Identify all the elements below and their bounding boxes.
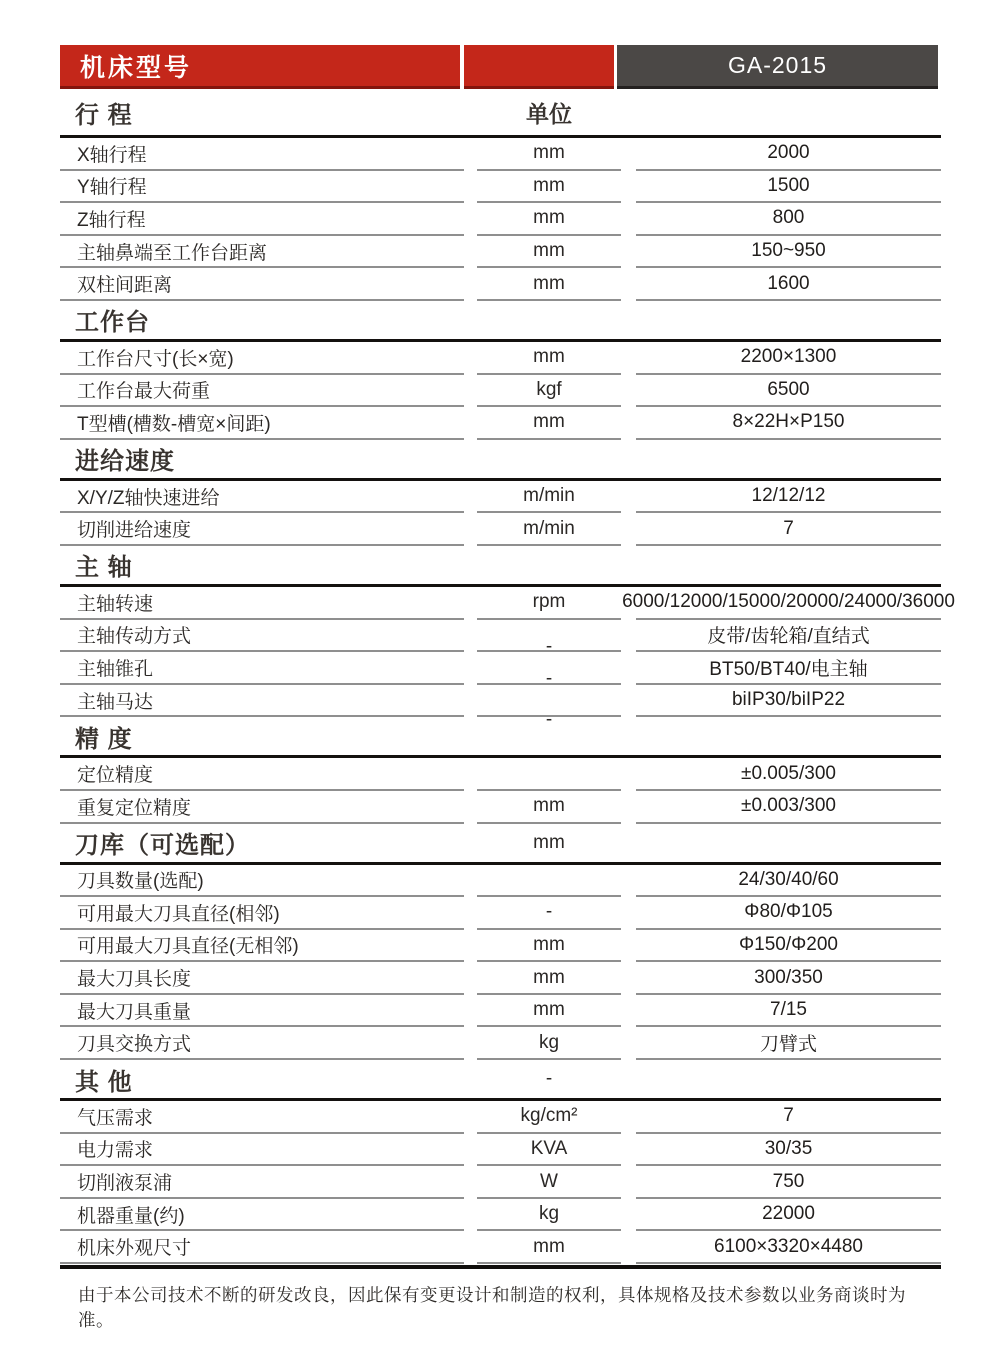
spec-value: 750 [636, 1166, 941, 1199]
spec-unit: - [477, 620, 621, 653]
spec-value: 6100×3320×4480 [636, 1231, 941, 1264]
column-gap [621, 203, 636, 236]
section-title: 行 程 [60, 89, 464, 135]
spec-name: 工作台最大荷重 [60, 375, 464, 408]
column-gap [621, 342, 636, 375]
spec-unit: mm [477, 138, 621, 171]
spec-unit-text: mm [533, 999, 565, 1021]
spec-unit: kgf [477, 375, 621, 408]
column-gap [464, 375, 477, 408]
spec-unit: mm [477, 995, 621, 1028]
spec-unit: - [477, 897, 621, 930]
column-gap [464, 758, 477, 791]
section-row: 其 他- [60, 1060, 941, 1101]
section-value-spacer [636, 824, 941, 862]
spec-row: 主轴转速rpm6000/12000/15000/20000/24000/3600… [60, 587, 941, 620]
spec-unit: mm [477, 1231, 621, 1264]
section-unit: mm [477, 824, 621, 862]
spec-value: 30/35 [636, 1134, 941, 1167]
spec-name: 刀具交换方式 [60, 1027, 464, 1060]
spec-row: 可用最大刀具直径(无相邻)mmΦ150/Φ200 [60, 930, 941, 963]
spec-row: 最大刀具重量mm7/15 [60, 995, 941, 1028]
spec-name: 可用最大刀具直径(无相邻) [60, 930, 464, 963]
column-gap [464, 962, 477, 995]
column-gap [621, 758, 636, 791]
spec-value: 6000/12000/15000/20000/24000/36000 [636, 587, 941, 620]
spec-name: 主轴锥孔 [60, 652, 464, 685]
spec-row: 重复定位精度mm±0.003/300 [60, 791, 941, 824]
column-gap [464, 652, 477, 685]
spec-row: Z轴行程mm800 [60, 203, 941, 236]
column-gap [621, 268, 636, 301]
column-gap [621, 995, 636, 1028]
spec-value: 1600 [636, 268, 941, 301]
spec-unit-text: mm [533, 142, 565, 164]
spec-unit-text: - [546, 668, 552, 690]
spec-unit-text: kg [539, 1032, 559, 1054]
spec-unit: mm [477, 342, 621, 375]
column-gap [621, 138, 636, 171]
column-gap [464, 513, 477, 546]
column-gap [464, 1027, 477, 1060]
column-gap [464, 1231, 477, 1264]
section-row: 工作台 [60, 301, 941, 342]
spec-unit: mm [477, 407, 621, 440]
column-gap [464, 407, 477, 440]
column-gap [464, 203, 477, 236]
spec-unit-text: m/min [523, 485, 575, 507]
spec-row: 主轴传动方式-皮带/齿轮箱/直结式 [60, 620, 941, 653]
spec-value: 7 [636, 1101, 941, 1134]
spec-name: 切削液泵浦 [60, 1166, 464, 1199]
section-unit: 单位 [477, 89, 621, 135]
column-gap [464, 481, 477, 514]
spec-unit-text: kgf [536, 379, 561, 401]
section-row: 行 程单位 [60, 89, 941, 138]
spec-row: 电力需求KVA30/35 [60, 1134, 941, 1167]
spec-name: Y轴行程 [60, 171, 464, 204]
spec-unit-text: - [546, 636, 552, 658]
column-gap [621, 652, 636, 685]
spec-row: X/Y/Z轴快速进给m/min12/12/12 [60, 481, 941, 514]
column-gap [621, 1101, 636, 1134]
spec-value: 2000 [636, 138, 941, 171]
spec-unit: mm [477, 203, 621, 236]
column-gap [621, 1027, 636, 1060]
section-unit [477, 440, 621, 478]
spec-value: 7/15 [636, 995, 941, 1028]
column-gap [464, 236, 477, 269]
spec-unit-text: mm [533, 934, 565, 956]
column-gap [464, 865, 477, 898]
section-title: 工作台 [60, 301, 464, 339]
section-value-spacer [636, 546, 941, 584]
spec-unit: mm [477, 236, 621, 269]
spec-name: 主轴传动方式 [60, 620, 464, 653]
spec-name: 气压需求 [60, 1101, 464, 1134]
spec-name: 最大刀具重量 [60, 995, 464, 1028]
spec-value: 皮带/齿轮箱/直结式 [636, 620, 941, 653]
spec-unit-text: mm [533, 967, 565, 989]
column-gap [621, 1231, 636, 1264]
column-gap [464, 930, 477, 963]
section-title: 主 轴 [60, 546, 464, 584]
spec-value: 7 [636, 513, 941, 546]
column-gap [464, 897, 477, 930]
spec-name: 切削进给速度 [60, 513, 464, 546]
spec-name: 工作台尺寸(长×宽) [60, 342, 464, 375]
column-gap [464, 1134, 477, 1167]
spec-row: 刀具数量(选配)24/30/40/60 [60, 865, 941, 898]
spec-unit-text: mm [533, 1236, 565, 1258]
spec-unit-text: mm [533, 273, 565, 295]
column-gap [621, 513, 636, 546]
spec-name: 定位精度 [60, 758, 464, 791]
column-gap [621, 1199, 636, 1232]
section-title: 进给速度 [60, 440, 464, 478]
spec-name: 最大刀具长度 [60, 962, 464, 995]
spec-name: T型槽(槽数-槽宽×间距) [60, 407, 464, 440]
spec-unit-text: mm [533, 346, 565, 368]
column-gap [621, 375, 636, 408]
section-row: 主 轴 [60, 546, 941, 587]
spec-unit: mm [477, 962, 621, 995]
spec-name: 主轴马达 [60, 685, 464, 718]
column-gap [621, 1166, 636, 1199]
column-gap [464, 342, 477, 375]
column-gap [464, 587, 477, 620]
spec-unit: m/min [477, 481, 621, 514]
spec-row: 主轴鼻端至工作台距离mm150~950 [60, 236, 941, 269]
spec-value: 1500 [636, 171, 941, 204]
spec-unit: W [477, 1166, 621, 1199]
spec-row: T型槽(槽数-槽宽×间距)mm8×22H×P150 [60, 407, 941, 440]
spec-value: 24/30/40/60 [636, 865, 941, 898]
column-gap [621, 481, 636, 514]
section-row: 精 度 [60, 717, 941, 758]
spec-value: BT50/BT40/电主轴 [636, 652, 941, 685]
spec-value: 12/12/12 [636, 481, 941, 514]
column-gap [464, 1199, 477, 1232]
model-value: GA-2015 [617, 45, 938, 89]
section-row: 刀库（可选配）mm [60, 824, 941, 865]
section-unit: - [477, 1060, 621, 1098]
spec-name: 重复定位精度 [60, 791, 464, 824]
column-gap [621, 897, 636, 930]
column-gap [464, 685, 477, 718]
column-gap [464, 1166, 477, 1199]
section-row: 进给速度 [60, 440, 941, 481]
spec-row: 工作台尺寸(长×宽)mm2200×1300 [60, 342, 941, 375]
spec-unit: mm [477, 268, 621, 301]
spec-name: 主轴转速 [60, 587, 464, 620]
spec-unit: kg [477, 1199, 621, 1232]
spec-unit-text: mm [533, 411, 565, 433]
spec-table: 行 程单位X轴行程mm2000Y轴行程mm1500Z轴行程mm800主轴鼻端至工… [60, 89, 941, 1264]
model-header-bar: 机床型号 GA-2015 [60, 45, 941, 86]
column-gap [464, 791, 477, 824]
column-gap [621, 930, 636, 963]
spec-value: 22000 [636, 1199, 941, 1232]
column-gap [464, 171, 477, 204]
spec-name: 双柱间距离 [60, 268, 464, 301]
spec-unit: mm [477, 171, 621, 204]
column-gap [621, 1134, 636, 1167]
section-value-spacer [636, 440, 941, 478]
spec-name: 电力需求 [60, 1134, 464, 1167]
column-gap [621, 407, 636, 440]
spec-row: 机器重量(约)kg22000 [60, 1199, 941, 1232]
spec-unit: mm [477, 791, 621, 824]
column-gap [464, 995, 477, 1028]
spec-unit-text: - [546, 901, 552, 923]
model-bar-unit-spacer [464, 45, 614, 89]
spec-row: X轴行程mm2000 [60, 138, 941, 171]
spec-name: 主轴鼻端至工作台距离 [60, 236, 464, 269]
spec-value: 刀臂式 [636, 1027, 941, 1060]
spec-value: ±0.005/300 [636, 758, 941, 791]
spec-unit-text: mm [533, 240, 565, 262]
spec-row: 刀具交换方式kg刀臂式 [60, 1027, 941, 1060]
spec-unit-text: KVA [531, 1138, 568, 1160]
spec-row: 气压需求kg/cm²7 [60, 1101, 941, 1134]
column-gap [464, 268, 477, 301]
section-title: 刀库（可选配） [60, 824, 464, 862]
column-gap [621, 620, 636, 653]
spec-name: 可用最大刀具直径(相邻) [60, 897, 464, 930]
spec-unit-text: - [546, 709, 552, 731]
spec-unit: kg [477, 1027, 621, 1060]
spec-unit-text: kg/cm² [521, 1105, 578, 1127]
section-value-spacer [636, 1060, 941, 1098]
spec-unit [477, 758, 621, 791]
column-gap [621, 791, 636, 824]
spec-name: X/Y/Z轴快速进给 [60, 481, 464, 514]
spec-unit: m/min [477, 513, 621, 546]
spec-unit-text: W [540, 1171, 558, 1193]
section-value-spacer [636, 301, 941, 339]
disclaimer-note: 由于本公司技术不断的研发改良，因此保有变更设计和制造的权利，具体规格及技术参数以… [78, 1282, 938, 1332]
column-gap [621, 962, 636, 995]
spec-value: biIP30/biIP22 [636, 685, 941, 718]
spec-unit: KVA [477, 1134, 621, 1167]
spec-unit-text: mm [533, 207, 565, 229]
model-label: 机床型号 [60, 45, 460, 89]
section-value-spacer [636, 717, 941, 755]
section-title: 其 他 [60, 1060, 464, 1098]
spec-unit-text: rpm [533, 591, 566, 613]
spec-value: 2200×1300 [636, 342, 941, 375]
spec-name: X轴行程 [60, 138, 464, 171]
spec-name: Z轴行程 [60, 203, 464, 236]
section-title: 精 度 [60, 717, 464, 755]
spec-row: 工作台最大荷重kgf6500 [60, 375, 941, 408]
spec-unit [477, 865, 621, 898]
section-value-spacer [636, 89, 941, 135]
spec-value: 150~950 [636, 236, 941, 269]
spec-sheet-page: 机床型号 GA-2015 行 程单位X轴行程mm2000Y轴行程mm1500Z轴… [0, 0, 1000, 1348]
spec-unit-text: mm [533, 795, 565, 817]
spec-row: 定位精度±0.005/300 [60, 758, 941, 791]
spec-name: 机床外观尺寸 [60, 1231, 464, 1264]
spec-unit-text: kg [539, 1203, 559, 1225]
spec-value: Φ150/Φ200 [636, 930, 941, 963]
spec-row: 机床外观尺寸mm6100×3320×4480 [60, 1231, 941, 1264]
spec-value: Φ80/Φ105 [636, 897, 941, 930]
section-unit [477, 301, 621, 339]
column-gap [621, 865, 636, 898]
spec-unit-text: mm [533, 175, 565, 197]
spec-unit-text: m/min [523, 518, 575, 540]
column-gap [464, 138, 477, 171]
column-gap [464, 620, 477, 653]
spec-value: 6500 [636, 375, 941, 408]
spec-row: 双柱间距离mm1600 [60, 268, 941, 301]
spec-name: 刀具数量(选配) [60, 865, 464, 898]
spec-row: 最大刀具长度mm300/350 [60, 962, 941, 995]
spec-row: Y轴行程mm1500 [60, 171, 941, 204]
spec-sheet-content: 机床型号 GA-2015 行 程单位X轴行程mm2000Y轴行程mm1500Z轴… [60, 45, 941, 1332]
spec-row: 主轴锥孔-BT50/BT40/电主轴 [60, 652, 941, 685]
spec-row: 切削液泵浦W750 [60, 1166, 941, 1199]
spec-value: ±0.003/300 [636, 791, 941, 824]
column-gap [621, 236, 636, 269]
spec-unit: mm [477, 930, 621, 963]
spec-value: 300/350 [636, 962, 941, 995]
column-gap [464, 1101, 477, 1134]
spec-unit: rpm [477, 587, 621, 620]
column-gap [621, 171, 636, 204]
spec-value: 800 [636, 203, 941, 236]
spec-unit: kg/cm² [477, 1101, 621, 1134]
spec-row: 切削进给速度m/min7 [60, 513, 941, 546]
section-unit [477, 546, 621, 584]
spec-row: 可用最大刀具直径(相邻)-Φ80/Φ105 [60, 897, 941, 930]
column-gap [621, 685, 636, 718]
spec-row: 主轴马达-biIP30/biIP22 [60, 685, 941, 718]
spec-name: 机器重量(约) [60, 1199, 464, 1232]
bottom-rule [60, 1265, 941, 1269]
spec-value: 8×22H×P150 [636, 407, 941, 440]
